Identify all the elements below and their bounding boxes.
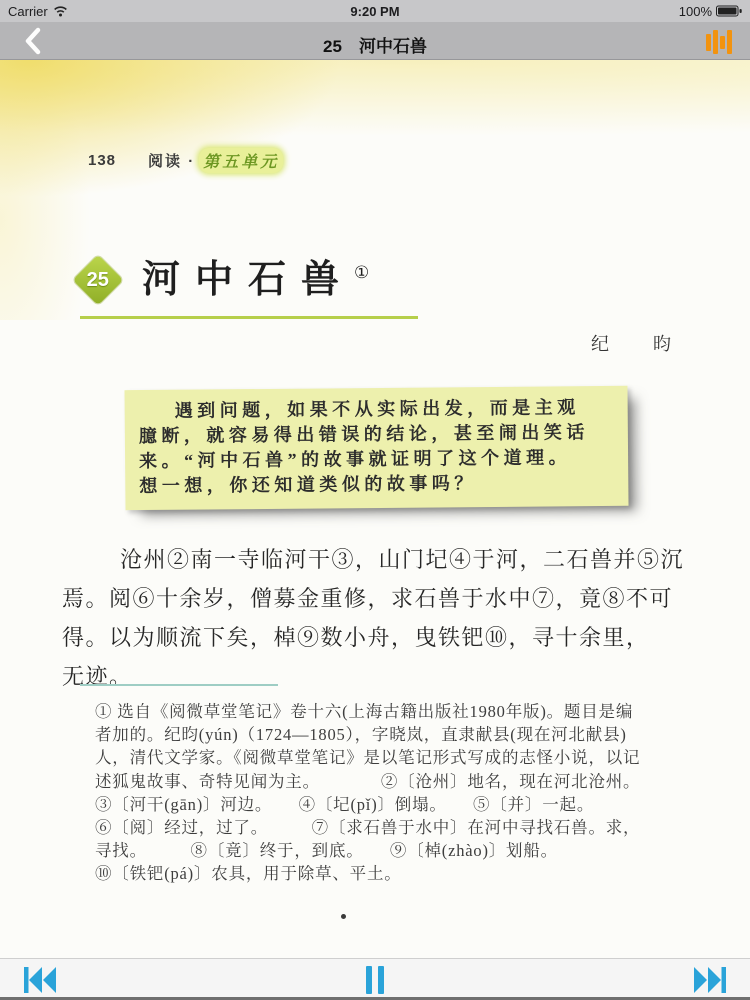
footnote-line: 者加的。纪昀(yún)（1724—1805），字晓岚，直隶献县(现在河北献县) [95,723,695,746]
page-number: 138 [88,152,116,169]
footnote-line: 述狐鬼故事、奇特见闻为主。 ②〔沧州〕地名，现在河北沧州。 [95,770,695,793]
title-footnote-mark: ① [354,263,369,282]
contents-button[interactable] [706,28,732,56]
pause-button[interactable] [365,966,385,994]
battery-icon [716,5,742,17]
pause-icon [365,966,385,994]
vertical-bars-icon [706,30,732,54]
nav-bar: 25 河中石兽 [0,22,750,60]
lesson-number-diamond-icon: 25 [73,255,124,306]
clock: 9:20 PM [0,4,750,19]
app-screen: Carrier 9:20 PM 100% 25 河中石兽 [0,0,750,1000]
skip-forward-icon [693,967,726,993]
status-bar: Carrier 9:20 PM 100% [0,0,750,22]
lesson-title: 河中石兽① [142,261,369,299]
page-header: 138 阅读 · 第五单元 [88,148,283,173]
body-line: 得。以为顺流下矣，棹⑨数小舟，曳铁钯⑩，寻十余里， [62,618,702,657]
lesson-nav-title: 25 河中石兽 [0,32,750,57]
body-line: 无迹。 [62,657,702,696]
footnote-line: ③〔河干(gān)〕河边。 ④〔圮(pǐ)〕倒塌。 ⑤〔并〕一起。 [95,793,695,816]
footnotes: ① 选自《阅微草堂笔记》卷十六(上海古籍出版社1980年版)。题目是编 者加的。… [95,700,695,886]
footnote-divider [80,684,278,686]
lesson-body-text: 沧州②南一寺临河干③，山门圮④于河，二石兽并⑤沉 焉。阅⑥十余岁，僧募金重修，求… [62,540,702,696]
next-chapter-button[interactable] [693,967,726,993]
footnote-line: ⑥〔阅〕经过，过了。 ⑦〔求石兽于水中〕在河中寻找石兽。求， [95,816,695,839]
textbook-page[interactable]: 138 阅读 · 第五单元 25 河中石兽① 纪 昀 遇到问题，如果不从实际出发… [0,60,750,958]
page-footer-dot [341,914,346,919]
intro-line: 想一想，你还知道类似的故事吗？ [139,470,614,499]
footnote-line: ⑩〔铁钯(pá)〕农具，用于除草、平土。 [95,862,695,885]
playback-toolbar [0,958,750,1000]
lesson-heading: 25 河中石兽① [80,261,369,299]
intro-highlight-box: 遇到问题，如果不从实际出发，而是主观 臆断，就容易得出错误的结论，甚至闹出笑话 … [124,386,628,510]
title-underline [80,316,418,319]
unit-label: 第五单元 [199,148,283,173]
footnote-line: 寻找。 ⑧〔竟〕终于，到底。 ⑨〔棹(zhào)〕划船。 [95,839,695,862]
previous-chapter-button[interactable] [24,967,57,993]
section-label: 阅读 · [148,150,195,171]
page-edge-shadow [740,90,743,930]
body-line: 沧州②南一寺临河干③，山门圮④于河，二石兽并⑤沉 [62,540,702,579]
battery-percent: 100% [679,4,712,19]
footnote-line: 人，清代文学家。《阅微草堂笔记》是以笔记形式写成的志怪小说，以记 [95,746,695,769]
skip-back-icon [24,967,57,993]
footnote-line: ① 选自《阅微草堂笔记》卷十六(上海古籍出版社1980年版)。题目是编 [95,700,695,723]
author-name: 纪 昀 [591,330,684,356]
lesson-number: 25 [87,269,109,292]
intro-line: 来。“河中石兽”的故事就证明了这个道理。 [139,445,614,474]
body-line: 焉。阅⑥十余岁，僧募金重修，求石兽于水中⑦，竟⑧不可 [62,579,702,618]
